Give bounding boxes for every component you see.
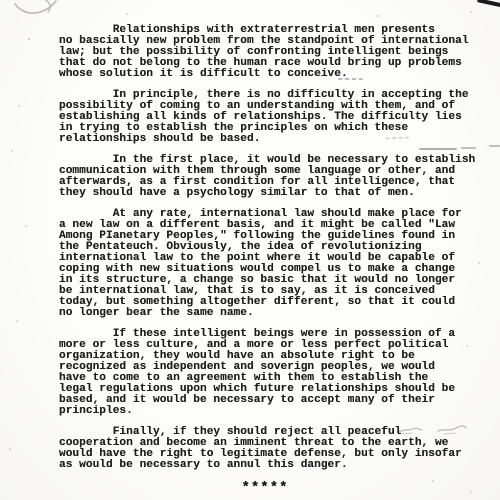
scan-speck bbox=[25, 225, 27, 227]
corner-ink-mark bbox=[477, 0, 500, 8]
pencil-scribble-mark bbox=[6, 0, 66, 24]
paragraph-2: In principle, there is no difficulty in … bbox=[59, 90, 471, 145]
asterisk-divider: ***** bbox=[59, 481, 471, 495]
document-body: Relationships with extraterrestrial men … bbox=[59, 25, 471, 495]
scan-speck bbox=[18, 105, 20, 107]
paragraph-6: Finally, if they should reject all peace… bbox=[59, 427, 471, 471]
scan-speck bbox=[126, 13, 128, 15]
paragraph-1: Relationships with extraterrestrial men … bbox=[59, 25, 471, 80]
paragraph-3: In the first place, it would be necessar… bbox=[59, 155, 471, 199]
paragraph-4: At any rate, international law should ma… bbox=[59, 209, 471, 319]
scanned-document-page: Relationships with extraterrestrial men … bbox=[0, 0, 500, 500]
scan-speck bbox=[11, 150, 13, 152]
scan-speck bbox=[9, 448, 11, 450]
scan-speck bbox=[470, 11, 472, 13]
paragraph-5: If these intelligent beings were in poss… bbox=[59, 329, 471, 417]
pencil-dash-mark bbox=[489, 145, 500, 147]
scan-speck bbox=[478, 262, 480, 264]
scan-speck bbox=[377, 15, 379, 17]
scan-speck bbox=[28, 38, 30, 40]
scan-speck bbox=[16, 320, 18, 322]
